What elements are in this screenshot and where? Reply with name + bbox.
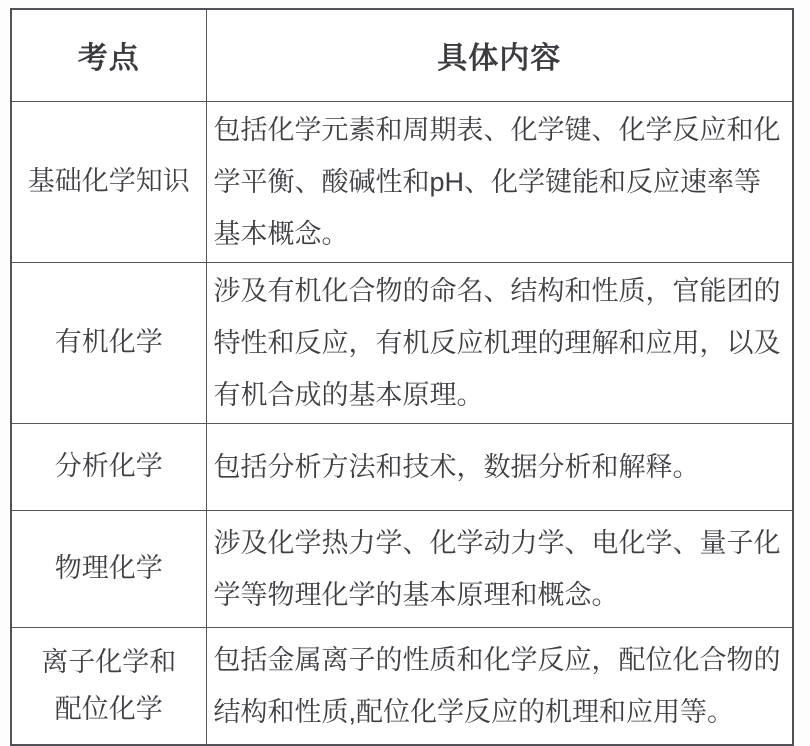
page: 考点 具体内容 基础化学知识 包括化学元素和周期表、化学键、化学反应和化学平衡、… xyxy=(0,0,810,746)
content-cell: 涉及化学热力学、化学动力学、电化学、量子化学等物理化学的基本原理和概念。 xyxy=(206,510,793,627)
content-cell: 包括化学元素和周期表、化学键、化学反应和化学平衡、酸碱性和pH、化学键能和反应速… xyxy=(206,101,793,262)
table-row: 分析化学 包括分析方法和技术，数据分析和解释。 xyxy=(11,423,793,510)
content-cell: 包括分析方法和技术，数据分析和解释。 xyxy=(206,423,793,510)
content-cell: 包括金属离子的性质和化学反应，配位化合物的结构和性质,配位化学反应的机理和应用等… xyxy=(206,627,793,745)
header-topic: 考点 xyxy=(11,9,206,101)
topic-cell: 基础化学知识 xyxy=(11,101,206,262)
header-content: 具体内容 xyxy=(206,9,793,101)
exam-topics-table: 考点 具体内容 基础化学知识 包括化学元素和周期表、化学键、化学反应和化学平衡、… xyxy=(10,8,794,746)
topic-cell: 物理化学 xyxy=(11,510,206,627)
table-row: 基础化学知识 包括化学元素和周期表、化学键、化学反应和化学平衡、酸碱性和pH、化… xyxy=(11,101,793,262)
topic-cell: 有机化学 xyxy=(11,262,206,423)
header-row: 考点 具体内容 xyxy=(11,9,793,101)
topic-cell: 分析化学 xyxy=(11,423,206,510)
table-row: 物理化学 涉及化学热力学、化学动力学、电化学、量子化学等物理化学的基本原理和概念… xyxy=(11,510,793,627)
content-cell: 涉及有机化合物的命名、结构和性质，官能团的特性和反应，有机反应机理的理解和应用，… xyxy=(206,262,793,423)
table-row: 有机化学 涉及有机化合物的命名、结构和性质，官能团的特性和反应，有机反应机理的理… xyxy=(11,262,793,423)
topic-cell: 离子化学和 配位化学 xyxy=(11,627,206,745)
table-row: 离子化学和 配位化学 包括金属离子的性质和化学反应，配位化合物的结构和性质,配位… xyxy=(11,627,793,745)
